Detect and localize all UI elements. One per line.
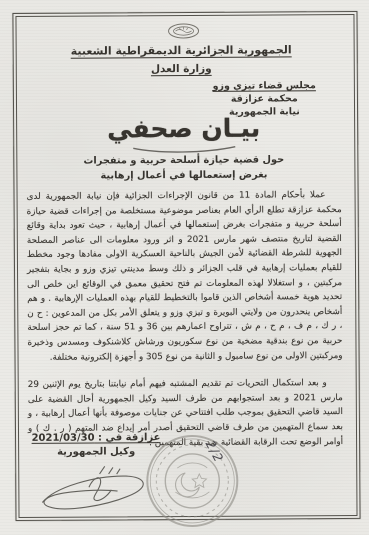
national-emblem-seal-icon: [0, 21, 368, 45]
document-content: الجمهورية الجزائرية الديمقراطية الشعبية …: [0, 0, 369, 535]
ministry-title: وزارة العدل: [0, 62, 364, 76]
handwritten-signature: [29, 456, 162, 526]
judicial-council-line: مجلس قضاء تيزي وزو: [213, 79, 316, 93]
body-text: عملا بأحكام المادة 11 من قانون الإجراءات…: [27, 188, 344, 464]
court-name-line: محكمة عزازقة: [213, 92, 316, 106]
footer-signature-block: عزازقة في : 2021/03/30 وكيل الجمهورية: [29, 432, 163, 458]
place-date-line: عزازقة في : 2021/03/30: [29, 432, 163, 444]
scanned-press-release-page: الجمهورية الجزائرية الديمقراطية الشعبية …: [0, 0, 369, 535]
body-paragraph-1: عملا بأحكام المادة 11 من قانون الإجراءات…: [27, 188, 343, 365]
subtitle-line-2: بغرض إستعمالها في أعمال إرهابية: [0, 169, 368, 182]
republic-title: الجمهورية الجزائرية الديمقراطية الشعبية: [0, 43, 364, 58]
subtitle-line-1: حول قضية حيازة أسلحة حربية و متفجرات: [0, 154, 368, 167]
title-block: بيـان صحفي: [0, 113, 368, 159]
scan-tilt-wrapper: الجمهورية الجزائرية الديمقراطية الشعبية …: [0, 0, 369, 535]
